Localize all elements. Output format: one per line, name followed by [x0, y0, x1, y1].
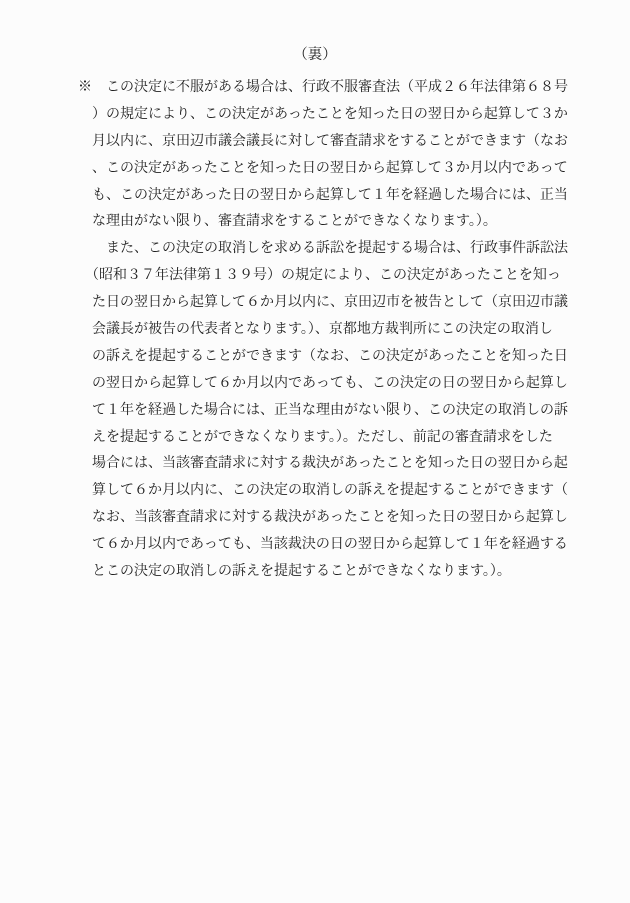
- text-line: な理由がない限り、審査請求をすることができなくなります。）。: [78, 208, 598, 235]
- text-line: 算して６か月以内に、この決定の取消しの訴えを提起することができます（: [78, 477, 598, 504]
- text-line: とこの決定の取消しの訴えを提起することができなくなります。）。: [78, 558, 598, 585]
- text-line: て１年を経過した場合には、正当な理由がない限り、この決定の取消しの訴: [78, 397, 598, 424]
- text-line: ※ この決定に不服がある場合は、行政不服審査法（平成２６年法律第６８号: [78, 74, 598, 101]
- text-line: た日の翌日から起算して６か月以内に、京田辺市を被告として（京田辺市議: [78, 289, 598, 316]
- document-page: （裏） ※ この決定に不服がある場合は、行政不服審査法（平成２６年法律第６８号 …: [0, 0, 630, 903]
- text-line: えを提起することができなくなります。）。ただし、前記の審査請求をした: [78, 424, 598, 451]
- text-line: も、この決定があった日の翌日から起算して１年を経過した場合には、正当: [78, 182, 598, 209]
- text-line: 場合には、当該審査請求に対する裁決があったことを知った日の翌日から起: [78, 450, 598, 477]
- text-line: ）の規定により、この決定があったことを知った日の翌日から起算して３か: [78, 101, 598, 128]
- text-line: 月以内に、京田辺市議会議長に対して審査請求をすることができます（なお: [78, 128, 598, 155]
- document-body: ※ この決定に不服がある場合は、行政不服審査法（平成２６年法律第６８号 ）の規定…: [78, 74, 598, 585]
- page-side-label: （裏）: [0, 45, 630, 66]
- text-line: の訴えを提起することができます（なお、この決定があったことを知った日: [78, 343, 598, 370]
- text-line: て６か月以内であっても、当該裁決の日の翌日から起算して１年を経過する: [78, 531, 598, 558]
- text-line: （昭和３７年法律第１３９号）の規定により、この決定があったことを知っ: [78, 262, 598, 289]
- text-line: 会議長が被告の代表者となります。）、京都地方裁判所にこの決定の取消し: [78, 316, 598, 343]
- text-line: 、この決定があったことを知った日の翌日から起算して３か月以内であって: [78, 155, 598, 182]
- text-line: の翌日から起算して６か月以内であっても、この決定の日の翌日から起算し: [78, 370, 598, 397]
- text-line: なお、当該審査請求に対する裁決があったことを知った日の翌日から起算し: [78, 504, 598, 531]
- text-line: また、この決定の取消しを求める訴訟を提起する場合は、行政事件訴訟法: [78, 235, 598, 262]
